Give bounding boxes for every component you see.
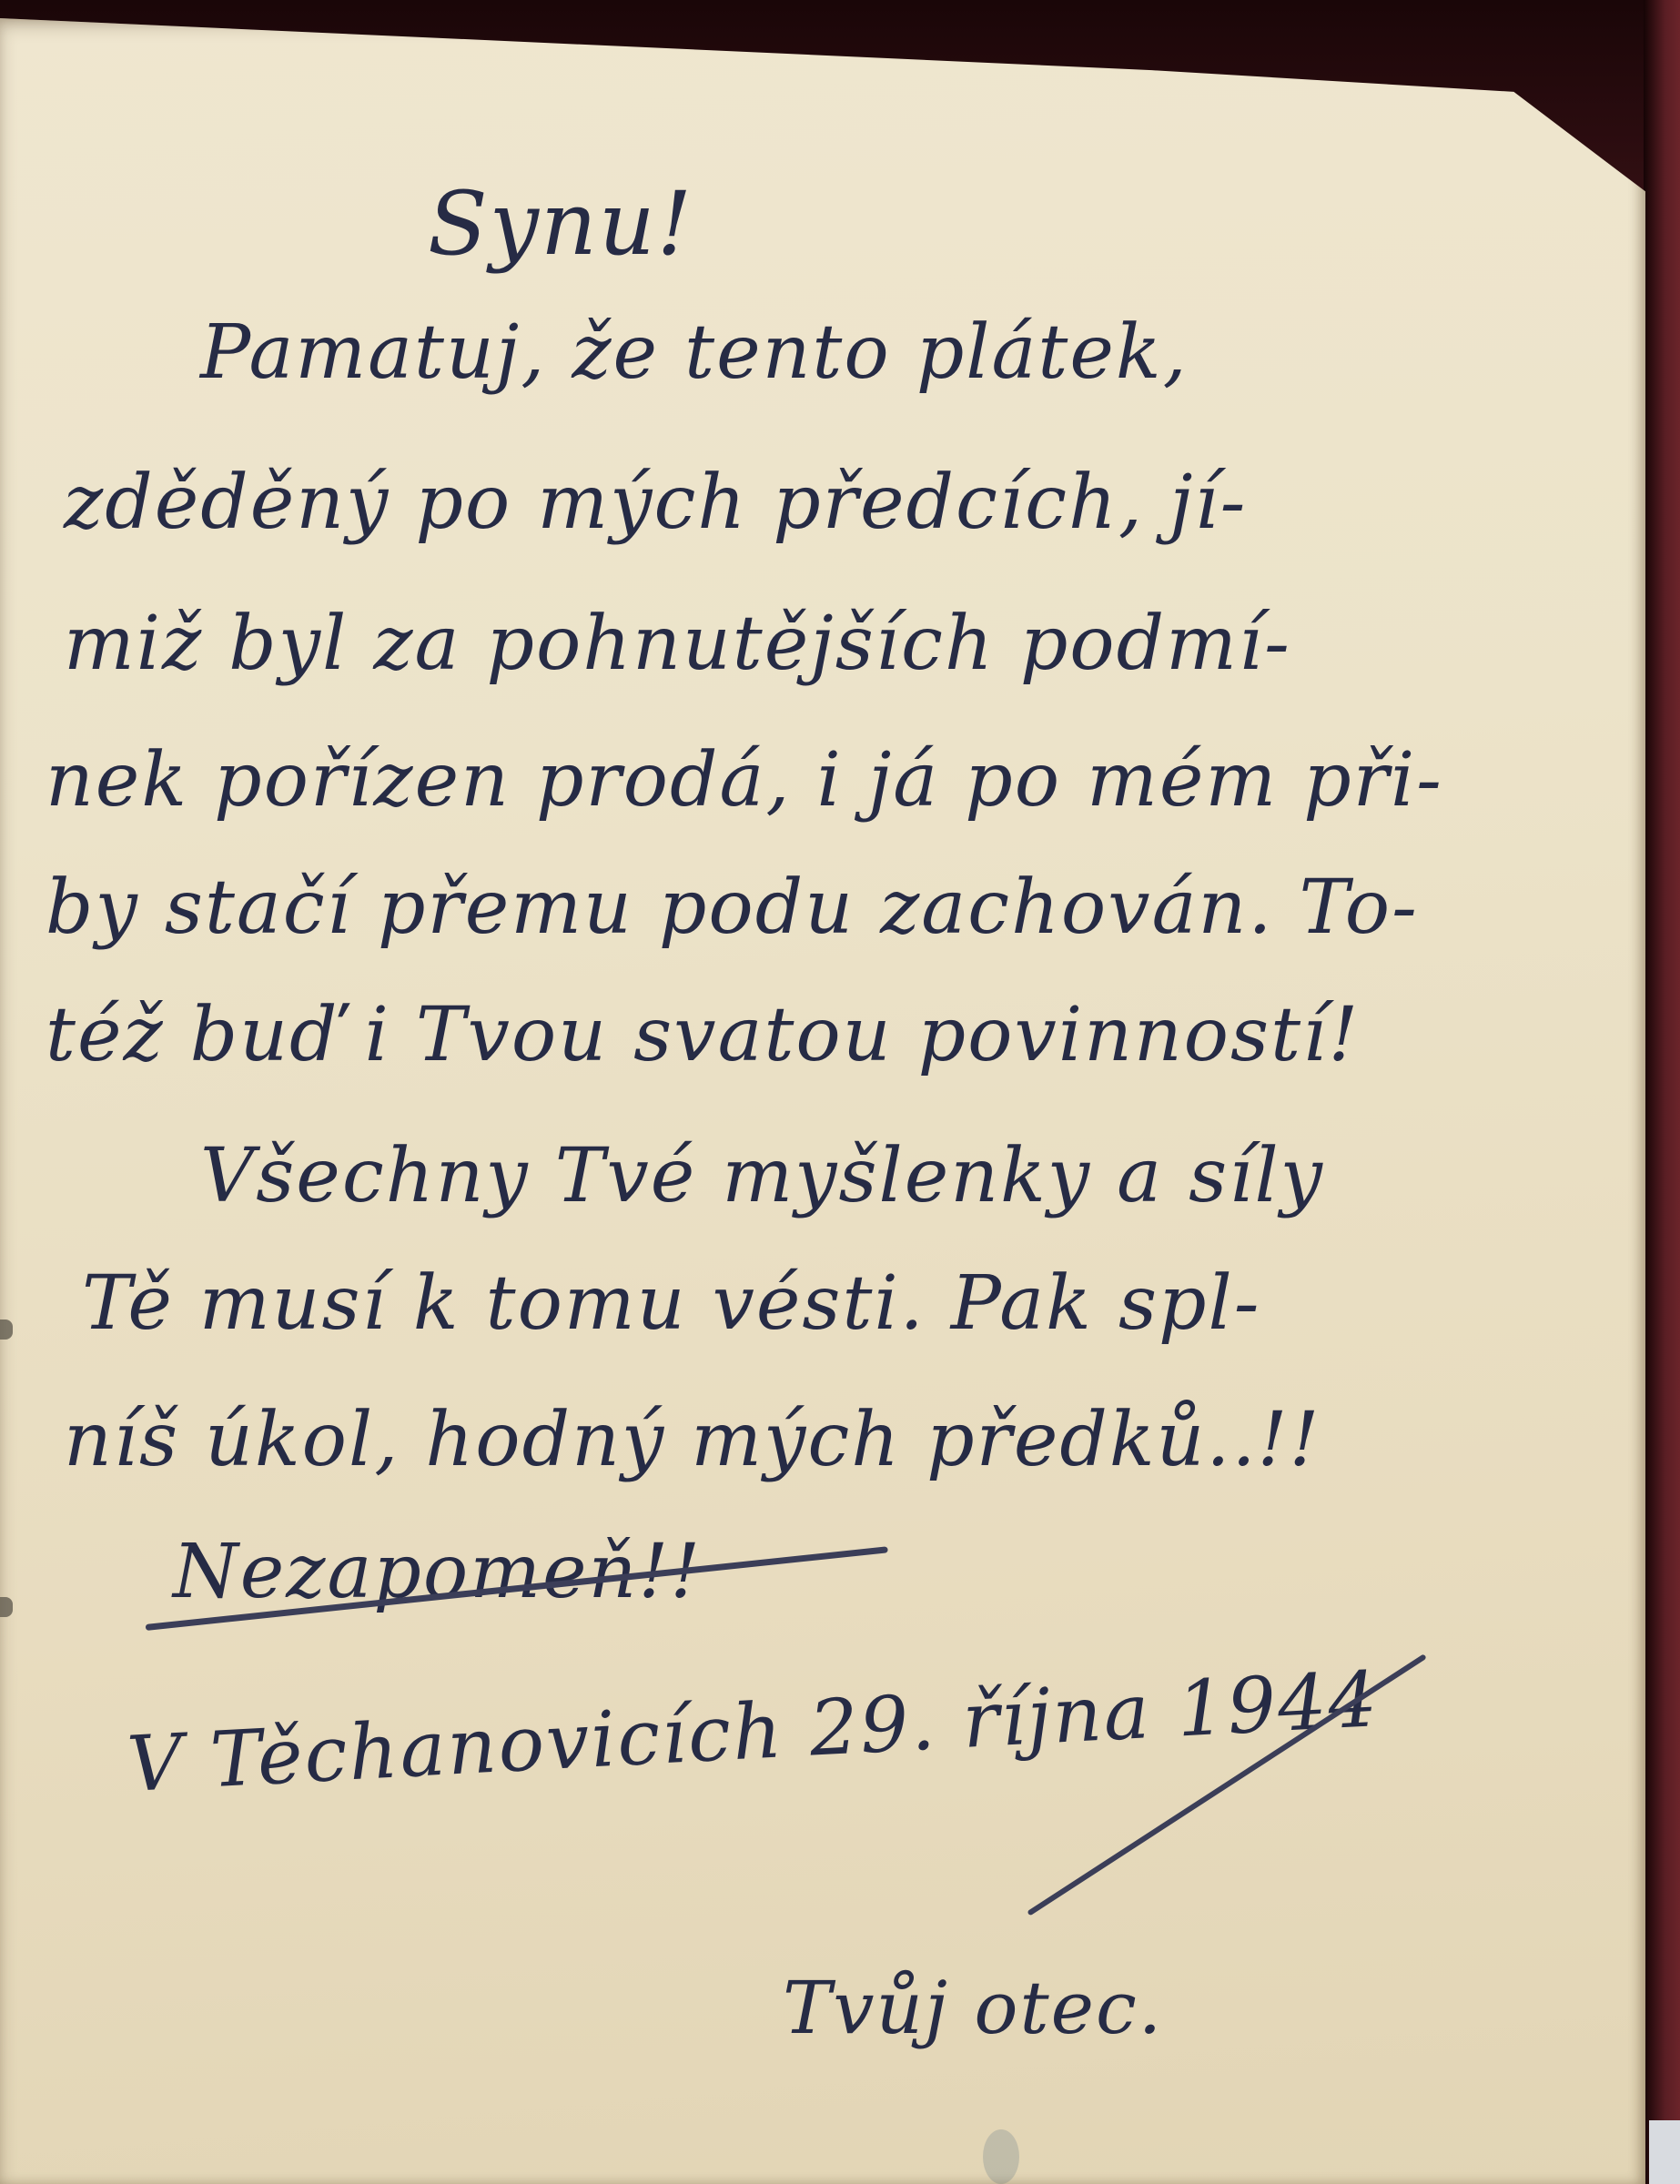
- letter-line: zděděný po mých předcích, jí-: [64, 460, 1247, 546]
- letter-line: níš úkol, hodný mých předků..!!: [64, 1397, 1321, 1483]
- notebook-page: Synu! Pamatuj, že tento plátek, zděděný …: [0, 18, 1645, 2184]
- binding-stitch: [0, 1319, 13, 1340]
- place-and-date: V Těchanovicích 29. října 1944: [125, 1654, 1381, 1809]
- letter-line: by stačí přemu podu zachován. To-: [46, 864, 1419, 951]
- letter-line: Tě musí k tomu vésti. Pak spl-: [82, 1260, 1260, 1347]
- ink-smudge: [983, 2129, 1019, 2184]
- closing-exclamation: Nezapomeň!!: [173, 1529, 702, 1615]
- letter-line: též buď i Tvou svatou povinností!: [46, 992, 1360, 1078]
- background-patch: [1649, 2120, 1680, 2184]
- letter-line: nek pořízen prodá, i já po mém při-: [46, 737, 1443, 824]
- salutation: Synu!: [428, 173, 693, 275]
- letter-line: Pamatuj, že tento plátek,: [200, 309, 1189, 396]
- letter-line: Všechny Tvé myšlenky a síly: [200, 1133, 1324, 1219]
- letter-line: miž byl za pohnutějších podmí-: [64, 601, 1291, 687]
- signature: Tvůj otec.: [783, 1966, 1163, 2050]
- book-cover-edge: [1644, 0, 1680, 2184]
- binding-stitch: [0, 1597, 13, 1617]
